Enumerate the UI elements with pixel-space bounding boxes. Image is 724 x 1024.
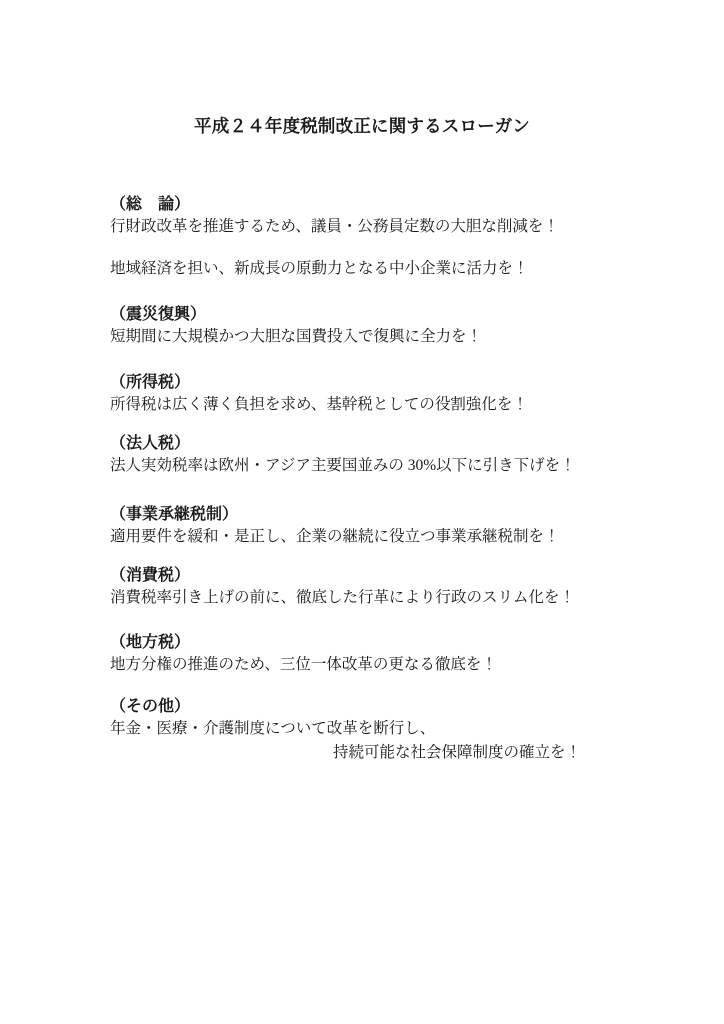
section-others: （その他） 年金・医療・介護制度について改革を断行し、 持続可能な社会保障制度の… [110,697,670,763]
slogan-line: 行財政改革を推進するため、議員・公務員定数の大胆な削減を！ [110,217,670,237]
slogan-line: 適用要件を緩和・是正し、企業の継続に役立つ事業承継税制を！ [110,527,670,547]
section-corporate-tax: （法人税） 法人実効税率は欧州・アジア主要国並みの 30%以下に引き下げを！ [110,434,670,476]
slogan-line: 所得税は広く薄く負担を求め、基幹税としての役割強化を！ [110,395,670,415]
section-heading: （所得税） [110,373,670,393]
section-heading: （地方税） [110,633,670,653]
section-heading: （法人税） [110,434,670,454]
document-page: 平成２４年度税制改正に関するスローガン （総 論） 行財政改革を推進するため、議… [0,0,724,1024]
section-heading: （総 論） [110,195,670,215]
section-heading: （震災復興） [110,305,670,325]
section-general: （総 論） 行財政改革を推進するため、議員・公務員定数の大胆な削減を！ 地域経済… [110,195,670,279]
slogan-line: 法人実効税率は欧州・アジア主要国並みの 30%以下に引き下げを！ [110,456,670,476]
slogan-line: 地方分権の推進のため、三位一体改革の更なる徹底を！ [110,655,670,675]
slogan-line: 地域経済を担い、新成長の原動力となる中小企業に活力を！ [110,259,670,279]
section-business-succession-tax: （事業承継税制） 適用要件を緩和・是正し、企業の継続に役立つ事業承継税制を！ [110,505,670,547]
section-income-tax: （所得税） 所得税は広く薄く負担を求め、基幹税としての役割強化を！ [110,373,670,415]
slogan-line: 消費税率引き上げの前に、徹底した行革により行政のスリム化を！ [110,588,670,608]
section-heading: （消費税） [110,566,670,586]
section-disaster-reconstruction: （震災復興） 短期間に大規模かつ大胆な国費投入で復興に全力を！ [110,305,670,347]
section-heading: （その他） [110,697,670,717]
slogan-line: 短期間に大規模かつ大胆な国費投入で復興に全力を！ [110,327,670,347]
section-consumption-tax: （消費税） 消費税率引き上げの前に、徹底した行革により行政のスリム化を！ [110,566,670,608]
section-heading: （事業承継税制） [110,505,670,525]
document-title: 平成２４年度税制改正に関するスローガン [0,114,724,138]
slogan-line: 年金・医療・介護制度について改革を断行し、 [110,719,670,739]
slogan-line-continuation: 持続可能な社会保障制度の確立を！ [333,743,670,763]
section-local-tax: （地方税） 地方分権の推進のため、三位一体改革の更なる徹底を！ [110,633,670,675]
